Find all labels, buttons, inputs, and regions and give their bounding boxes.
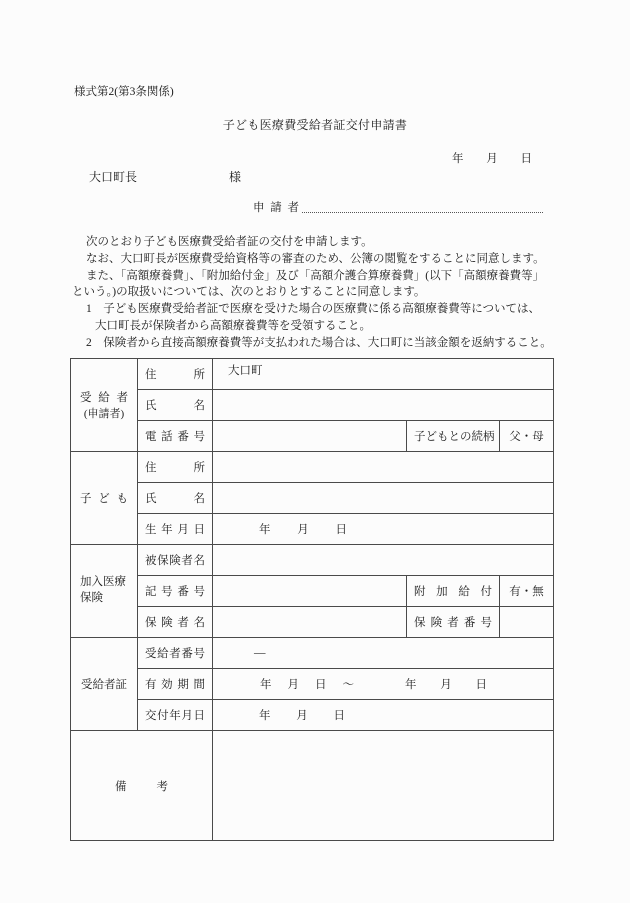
body-line-4: という。)の取扱いについては、次のとおりとすることに同意します。 xyxy=(72,284,552,301)
recipient-number-label: 受給者番号 xyxy=(145,645,205,661)
remarks-label-cell: 備考 xyxy=(71,731,213,841)
child-address-value-cell xyxy=(213,452,554,483)
insured-name-label-cell: 被保険者名 xyxy=(138,545,213,576)
recipient-address-value: 大口町 xyxy=(228,365,263,377)
remarks-value-cell xyxy=(213,731,554,841)
applicant-signature-line xyxy=(302,200,543,213)
issue-date-placeholder: 年月日 xyxy=(259,707,345,723)
remarks-label: 備考 xyxy=(115,778,168,794)
group-recipient-label: 受給者 xyxy=(80,389,128,405)
group-certificate-label: 受給者証 xyxy=(81,679,127,691)
recipient-phone-label: 電話番号 xyxy=(145,428,205,444)
child-name-label-cell: 氏名 xyxy=(138,483,213,514)
valid-to-placeholder: 年月日 xyxy=(405,676,487,692)
recipient-name-value-cell xyxy=(213,390,554,421)
insurer-number-label: 保険者番号 xyxy=(414,614,492,630)
child-birthdate-label-cell: 生年月日 xyxy=(138,514,213,545)
valid-period-label-cell: 有効期間 xyxy=(138,669,213,700)
insurer-name-label-cell: 保険者名 xyxy=(138,607,213,638)
body-line-2: なお、大口町長が医療費受給資格等の審査のため、公簿の閲覧をすることに同意します。 xyxy=(72,251,552,268)
table-row: 保険者名 保険者番号 xyxy=(71,607,554,638)
recipient-number-value-cell: ― xyxy=(213,638,554,669)
recipient-name-label-cell: 氏名 xyxy=(138,390,213,421)
supplement-value-cell: 有・無 xyxy=(500,576,554,607)
relation-label-cell: 子どもとの続柄 xyxy=(407,421,500,452)
body-line-6: 大口町長が保険者から高額療養費等を受領すること。 xyxy=(72,318,552,335)
valid-period-placeholders: 年月日～ 年月日 xyxy=(213,676,553,692)
insured-name-label: 被保険者名 xyxy=(145,552,205,568)
group-certificate: 受給者証 xyxy=(71,638,138,731)
body-line-5: 1 子ども医療費受給者証で医療を受けた場合の医療費に係る高額療養費等については、 xyxy=(72,301,552,318)
insurer-number-label-cell: 保険者番号 xyxy=(407,607,500,638)
child-birthdate-label: 生年月日 xyxy=(145,521,205,537)
recipient-phone-value-cell xyxy=(213,421,407,452)
table-row: 受給者 (申請者) 住所 大口町 xyxy=(71,359,554,390)
body-text: 次のとおり子ども医療費受給者証の交付を申請します。 なお、大口町長が医療費受給資… xyxy=(72,234,552,352)
application-form-page: 様式第2(第3条関係) 子ども医療費受給者証交付申請書 年月日 大口町長様 申請… xyxy=(0,0,630,903)
addressee-row: 大口町長様 xyxy=(89,168,241,185)
table-row: 電話番号 子どもとの続柄 父・母 xyxy=(71,421,554,452)
supplement-label: 附加給付 xyxy=(414,583,492,599)
child-birthdate-placeholder: 年月日 xyxy=(259,521,347,537)
recipient-name-label: 氏名 xyxy=(145,397,205,413)
code-number-label-cell: 記号番号 xyxy=(138,576,213,607)
issue-date-label: 交付年月日 xyxy=(145,707,205,723)
group-child: 子ども xyxy=(71,452,138,545)
child-address-label-cell: 住所 xyxy=(138,452,213,483)
code-number-label: 記号番号 xyxy=(145,583,205,599)
valid-from-placeholder: 年月日～ xyxy=(260,676,354,692)
table-row: 氏名 xyxy=(71,483,554,514)
group-recipient-sublabel: (申請者) xyxy=(71,405,137,421)
table-row: 記号番号 附加給付 有・無 xyxy=(71,576,554,607)
group-child-label: 子ども xyxy=(80,490,128,506)
insurer-name-label: 保険者名 xyxy=(145,614,205,630)
recipient-number-label-cell: 受給者番号 xyxy=(138,638,213,669)
relation-label: 子どもとの続柄 xyxy=(414,428,492,444)
table-row: 交付年月日 年月日 xyxy=(71,700,554,731)
child-name-label: 氏名 xyxy=(145,490,205,506)
addressee-honorific: 様 xyxy=(229,170,241,184)
form-number: 様式第2(第3条関係) xyxy=(74,83,174,99)
valid-period-label: 有効期間 xyxy=(145,676,205,692)
table-row: 有効期間 年月日～ 年月日 xyxy=(71,669,554,700)
insurer-name-value-cell xyxy=(213,607,407,638)
table-row: 氏名 xyxy=(71,390,554,421)
relation-value-cell: 父・母 xyxy=(500,421,554,452)
recipient-address-label: 住所 xyxy=(145,366,205,382)
supplement-label-cell: 附加給付 xyxy=(407,576,500,607)
insured-name-value-cell xyxy=(213,545,554,576)
table-row: 備考 xyxy=(71,731,554,841)
child-address-label: 住所 xyxy=(145,459,205,475)
recipient-phone-label-cell: 電話番号 xyxy=(138,421,213,452)
page-title: 子ども医療費受給者証交付申請書 xyxy=(0,116,630,133)
issue-date-value-cell: 年月日 xyxy=(213,700,554,731)
applicant-label: 申請者 xyxy=(253,199,299,215)
recipient-number-value: ― xyxy=(254,647,266,659)
group-insurance-label: 加入医療保険 xyxy=(80,575,128,606)
child-birthdate-value-cell: 年月日 xyxy=(213,514,554,545)
group-insurance: 加入医療保険 xyxy=(71,545,138,638)
addressee-name: 大口町長 xyxy=(89,170,137,184)
group-recipient: 受給者 (申請者) xyxy=(71,359,138,452)
table-row: 生年月日 年月日 xyxy=(71,514,554,545)
recipient-address-value-cell: 大口町 xyxy=(213,359,554,390)
application-table: 受給者 (申請者) 住所 大口町 氏名 電話番号 子どもとの続柄 xyxy=(70,358,554,841)
child-name-value-cell xyxy=(213,483,554,514)
body-line-7: 2 保険者から直接高額療養費等が支払われた場合は、大口町に当該金額を返納すること… xyxy=(72,335,552,352)
body-line-3: また、「高額療養費」、「附加給付金」及び「高額介護合算療養費」(以下「高額療養費… xyxy=(72,268,552,285)
table-row: 加入医療保険 被保険者名 xyxy=(71,545,554,576)
table-row: 受給者証 受給者番号 ― xyxy=(71,638,554,669)
applicant-row: 申請者 xyxy=(253,199,543,215)
table-row: 子ども 住所 xyxy=(71,452,554,483)
relation-value: 父・母 xyxy=(509,431,544,443)
header-date-placeholder: 年月日 xyxy=(452,150,532,166)
recipient-address-label-cell: 住所 xyxy=(138,359,213,390)
valid-period-value-cell: 年月日～ 年月日 xyxy=(213,669,554,700)
issue-date-label-cell: 交付年月日 xyxy=(138,700,213,731)
body-line-1: 次のとおり子ども医療費受給者証の交付を申請します。 xyxy=(72,234,552,251)
code-number-value-cell xyxy=(213,576,407,607)
insurer-number-value-cell xyxy=(500,607,554,638)
supplement-value: 有・無 xyxy=(509,586,544,598)
